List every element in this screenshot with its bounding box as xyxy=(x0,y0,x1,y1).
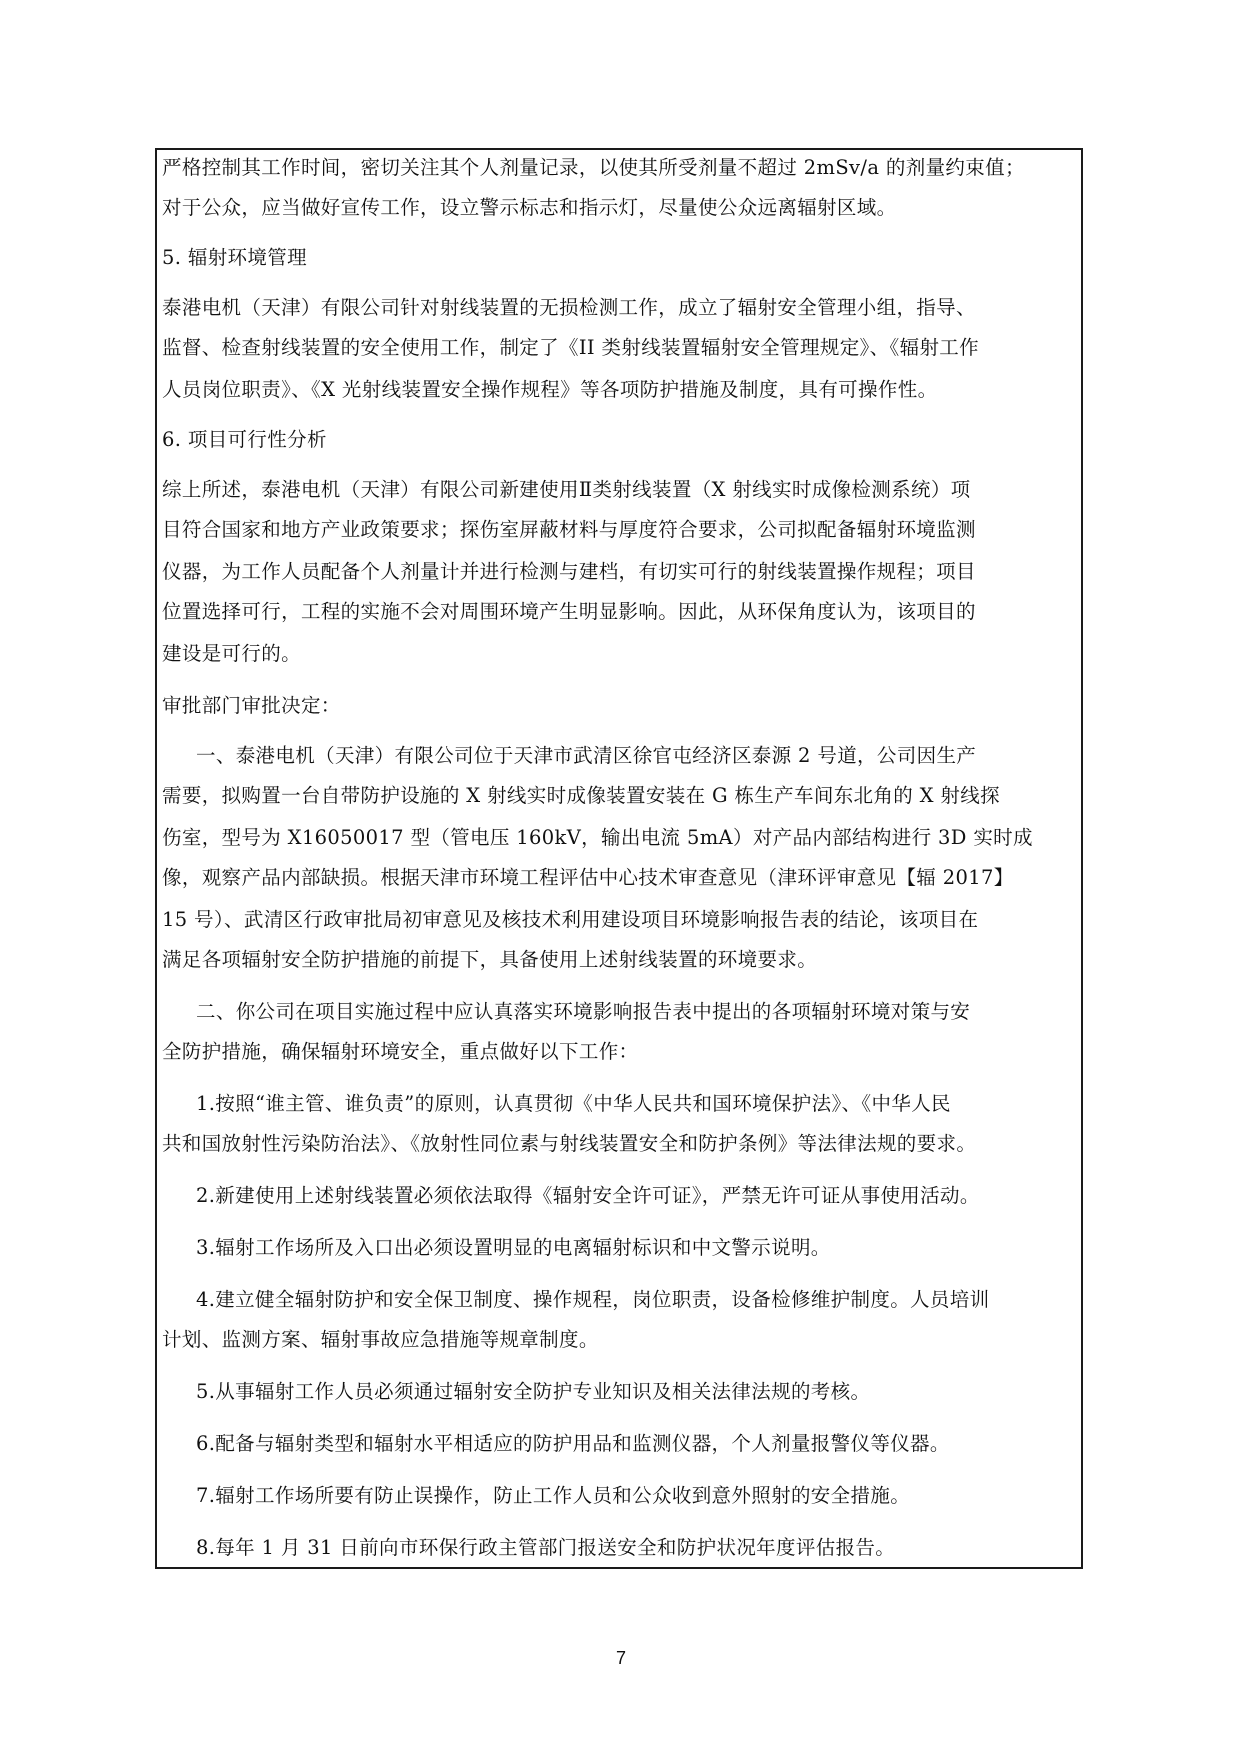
text-line: 位置选择可行，工程的实施不会对周围环境产生明显影响。因此，从环保角度认为，该项目… xyxy=(162,600,976,624)
text-line: 对于公众，应当做好宣传工作，设立警示标志和指示灯，尽量使公众远离辐射区域。 xyxy=(162,196,896,220)
text-line: 需要，拟购置一台自带防护设施的 X 射线实时成像装置安装在 G 栋生产车间东北角… xyxy=(162,784,1000,808)
text-line: 共和国放射性污染防治法》、《放射性同位素与射线装置安全和防护条例》等法律法规的要… xyxy=(162,1132,976,1156)
page-number: 7 xyxy=(0,1648,1242,1669)
text-line: 泰港电机（天津）有限公司针对射线装置的无损检测工作，成立了辐射安全管理小组，指导… xyxy=(162,296,976,320)
text-line: 目符合国家和地方产业政策要求；探伤室屏蔽材料与厚度符合要求，公司拟配备辐射环境监… xyxy=(162,518,976,542)
text-line: 监督、检查射线装置的安全使用工作，制定了《II 类射线装置辐射安全管理规定》、《… xyxy=(162,336,979,360)
text-line: 8.每年 1 月 31 日前向市环保行政主管部门报送安全和防护状况年度评估报告。 xyxy=(196,1536,895,1560)
text-line: 15 号）、武清区行政审批局初审意见及核技术利用建设项目环境影响报告表的结论，该… xyxy=(162,908,978,932)
text-line: 6. 项目可行性分析 xyxy=(162,428,327,452)
text-line: 综上所述，泰港电机（天津）有限公司新建使用Ⅱ类射线装置（X 射线实时成像检测系统… xyxy=(162,478,971,502)
text-line: 3.辐射工作场所及入口出必须设置明显的电离辐射标识和中文警示说明。 xyxy=(196,1236,831,1260)
text-line: 人员岗位职责》、《X 光射线装置安全操作规程》等各项防护措施及制度，具有可操作性… xyxy=(162,378,937,402)
text-line: 6.配备与辐射类型和辐射水平相适应的防护用品和监测仪器，个人剂量报警仪等仪器。 xyxy=(196,1432,950,1456)
text-line: 审批部门审批决定： xyxy=(162,694,341,718)
text-line: 计划、监测方案、辐射事故应急措施等规章制度。 xyxy=(162,1328,599,1352)
text-line: 全防护措施，确保辐射环境安全，重点做好以下工作： xyxy=(162,1040,638,1064)
text-line: 二、你公司在项目实施过程中应认真落实环境影响报告表中提出的各项辐射环境对策与安 xyxy=(196,1000,970,1024)
text-line: 伤室，型号为 X16050017 型（管电压 160kV，输出电流 5mA）对产… xyxy=(162,826,1033,850)
text-line: 仪器，为工作人员配备个人剂量计并进行检测与建档，有切实可行的射线装置操作规程；项… xyxy=(162,560,976,584)
text-line: 一、泰港电机（天津）有限公司位于天津市武清区徐官屯经济区泰源 2 号道，公司因生… xyxy=(196,744,976,768)
text-line: 1.按照“谁主管、谁负责”的原则，认真贯彻《中华人民共和国环境保护法》、《中华人… xyxy=(196,1092,951,1116)
document-table-frame xyxy=(155,148,1083,1569)
text-line: 2.新建使用上述射线装置必须依法取得《辐射安全许可证》，严禁无许可证从事使用活动… xyxy=(196,1184,980,1208)
text-line: 5. 辐射环境管理 xyxy=(162,246,307,270)
text-line: 严格控制其工作时间，密切关注其个人剂量记录，以使其所受剂量不超过 2mSv/a … xyxy=(162,156,1025,180)
text-line: 7.辐射工作场所要有防止误操作，防止工作人员和公众收到意外照射的安全措施。 xyxy=(196,1484,910,1508)
text-line: 建设是可行的。 xyxy=(162,642,301,666)
text-line: 满足各项辐射安全防护措施的前提下，具备使用上述射线装置的环境要求。 xyxy=(162,948,817,972)
text-line: 像，观察产品内部缺损。根据天津市环境工程评估中心技术审查意见（津环评审意见【辐 … xyxy=(162,866,1014,890)
text-line: 4.建立健全辐射防护和安全保卫制度、操作规程，岗位职责，设备检修维护制度。人员培… xyxy=(196,1288,989,1312)
text-line: 5.从事辐射工作人员必须通过辐射安全防护专业知识及相关法律法规的考核。 xyxy=(196,1380,870,1404)
